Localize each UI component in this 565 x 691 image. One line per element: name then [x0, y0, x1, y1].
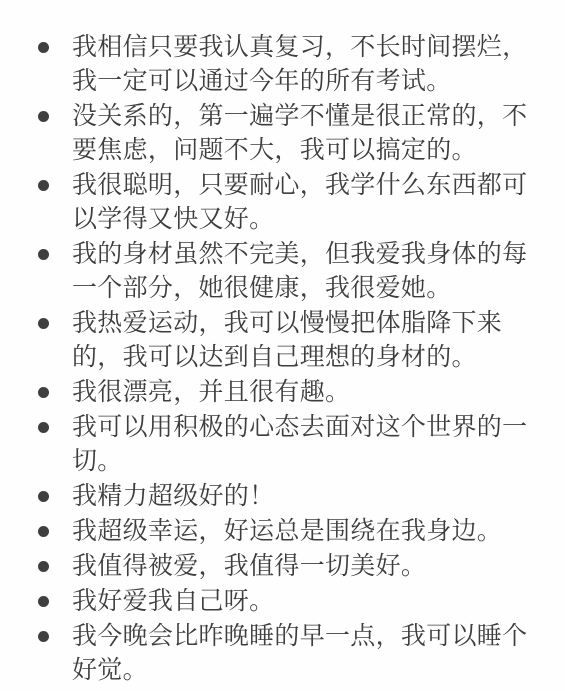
list-item-text: 我很漂亮，并且很有趣。 — [72, 375, 350, 409]
list-item-text: 我精力超级好的！ — [72, 479, 274, 513]
list-item: 我很聪明，只要耐心，我学什么东西都可以学得又快又好。 — [38, 168, 535, 236]
bullet-icon — [38, 491, 49, 502]
list-item-text: 我超级幸运，好运总是围绕在我身边。 — [72, 514, 502, 548]
list-item-text: 我可以用积极的心态去面对这个世界的一切。 — [72, 410, 530, 478]
list-item-text: 我好爱我自己呀。 — [72, 584, 274, 618]
list-item: 我值得被爱，我值得一切美好。 — [38, 549, 535, 583]
bullet-icon — [38, 180, 49, 191]
list-item: 我很漂亮，并且很有趣。 — [38, 375, 535, 409]
bullet-icon — [38, 318, 49, 329]
list-item-text: 我很聪明，只要耐心，我学什么东西都可以学得又快又好。 — [72, 168, 530, 236]
bullet-icon — [38, 111, 49, 122]
bullet-icon — [38, 526, 49, 537]
bullet-icon — [38, 422, 49, 433]
list-item-text: 我值得被爱，我值得一切美好。 — [72, 549, 426, 583]
list-item: 我精力超级好的！ — [38, 479, 535, 513]
list-item: 我热爱运动，我可以慢慢把体脂降下来的，我可以达到自己理想的身材的。 — [38, 306, 535, 374]
bullet-icon — [38, 249, 49, 260]
list-item: 我今晚会比昨晚睡的早一点，我可以睡个好觉。 — [38, 619, 535, 687]
list-item-text: 没关系的，第一遍学不懂是很正常的，不要焦虑，问题不大，我可以搞定的。 — [72, 99, 530, 167]
bullet-icon — [38, 631, 49, 642]
affirmation-list: 我相信只要我认真复习，不长时间摆烂，我一定可以通过今年的所有考试。 没关系的，第… — [38, 30, 535, 687]
bullet-icon — [38, 561, 49, 572]
list-item: 我的身材虽然不完美，但我爱我身体的每一个部分，她很健康，我很爱她。 — [38, 237, 535, 305]
list-item: 我超级幸运，好运总是围绕在我身边。 — [38, 514, 535, 548]
list-item: 我可以用积极的心态去面对这个世界的一切。 — [38, 410, 535, 478]
list-item: 我相信只要我认真复习，不长时间摆烂，我一定可以通过今年的所有考试。 — [38, 30, 535, 98]
list-item-text: 我的身材虽然不完美，但我爱我身体的每一个部分，她很健康，我很爱她。 — [72, 237, 530, 305]
list-item-text: 我热爱运动，我可以慢慢把体脂降下来的，我可以达到自己理想的身材的。 — [72, 306, 530, 374]
bullet-icon — [38, 42, 49, 53]
list-item-text: 我相信只要我认真复习，不长时间摆烂，我一定可以通过今年的所有考试。 — [72, 30, 530, 98]
affirmations-page: 我相信只要我认真复习，不长时间摆烂，我一定可以通过今年的所有考试。 没关系的，第… — [0, 0, 565, 691]
list-item-text: 我今晚会比昨晚睡的早一点，我可以睡个好觉。 — [72, 619, 530, 687]
list-item: 没关系的，第一遍学不懂是很正常的，不要焦虑，问题不大，我可以搞定的。 — [38, 99, 535, 167]
bullet-icon — [38, 387, 49, 398]
list-item: 我好爱我自己呀。 — [38, 584, 535, 618]
bullet-icon — [38, 596, 49, 607]
